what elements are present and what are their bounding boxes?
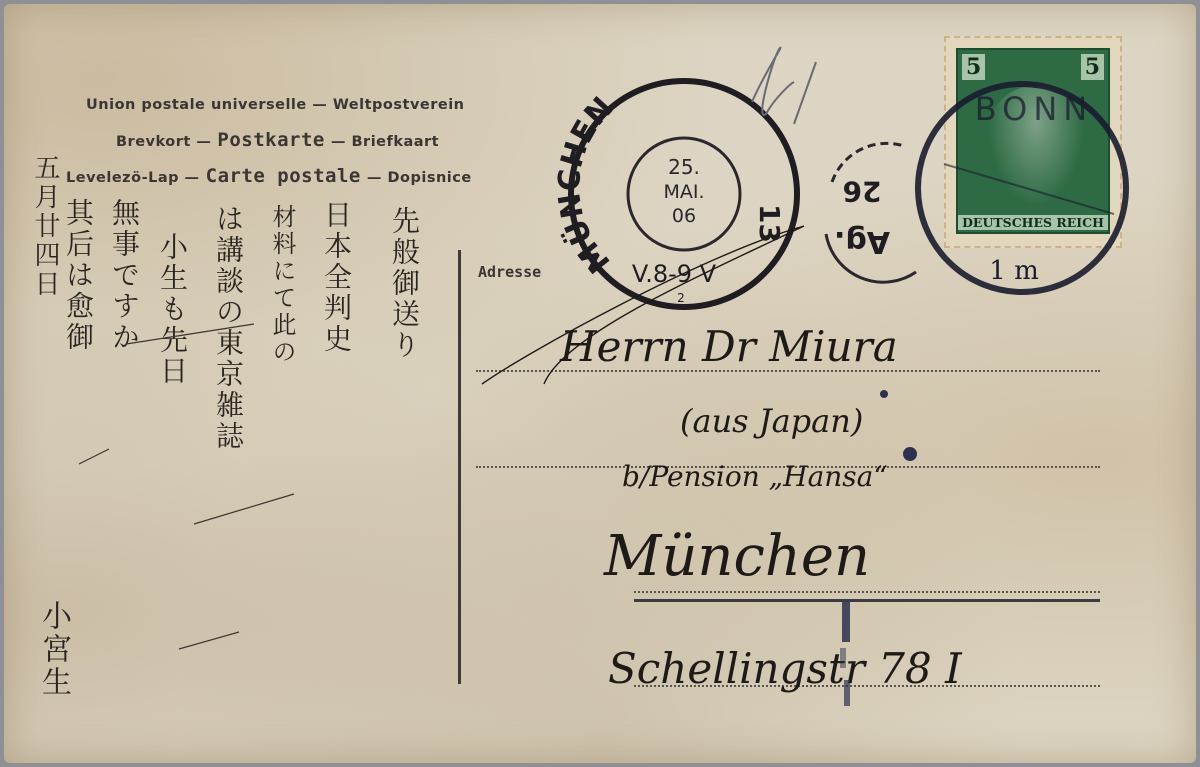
svg-text:MÜNCHEN: MÜNCHEN — [552, 91, 620, 280]
postmarks-layer: MÜNCHEN 13 25. MAI. 06 V.8-9 V 2 26 Ag. … — [4, 4, 1196, 763]
pencil-mark — [752, 48, 816, 124]
postmark-day: 25. — [668, 155, 700, 179]
address-flourish — [482, 226, 804, 384]
postmark-month: MAI. — [663, 181, 704, 203]
svg-text:1 m: 1 m — [989, 256, 1038, 286]
postmark-muenchen: MÜNCHEN 13 25. MAI. 06 V.8-9 V 2 — [552, 81, 797, 307]
postmark-year: 06 — [672, 205, 696, 227]
postmark-sub: 2 — [677, 291, 685, 305]
message-strokes — [79, 324, 294, 649]
svg-text:Ag.: Ag. — [834, 224, 890, 259]
svg-text:BONN: BONN — [975, 90, 1093, 128]
postmark-city-text: MÜNCHEN — [552, 91, 620, 280]
postcard: Union postale universelle — Weltpostvere… — [4, 4, 1196, 763]
ink-streak — [840, 390, 917, 706]
svg-text:26: 26 — [843, 175, 882, 208]
postmark-bonn: BONN 1 m — [918, 84, 1126, 292]
postmark-arrival: 26 Ag. — [826, 143, 916, 282]
